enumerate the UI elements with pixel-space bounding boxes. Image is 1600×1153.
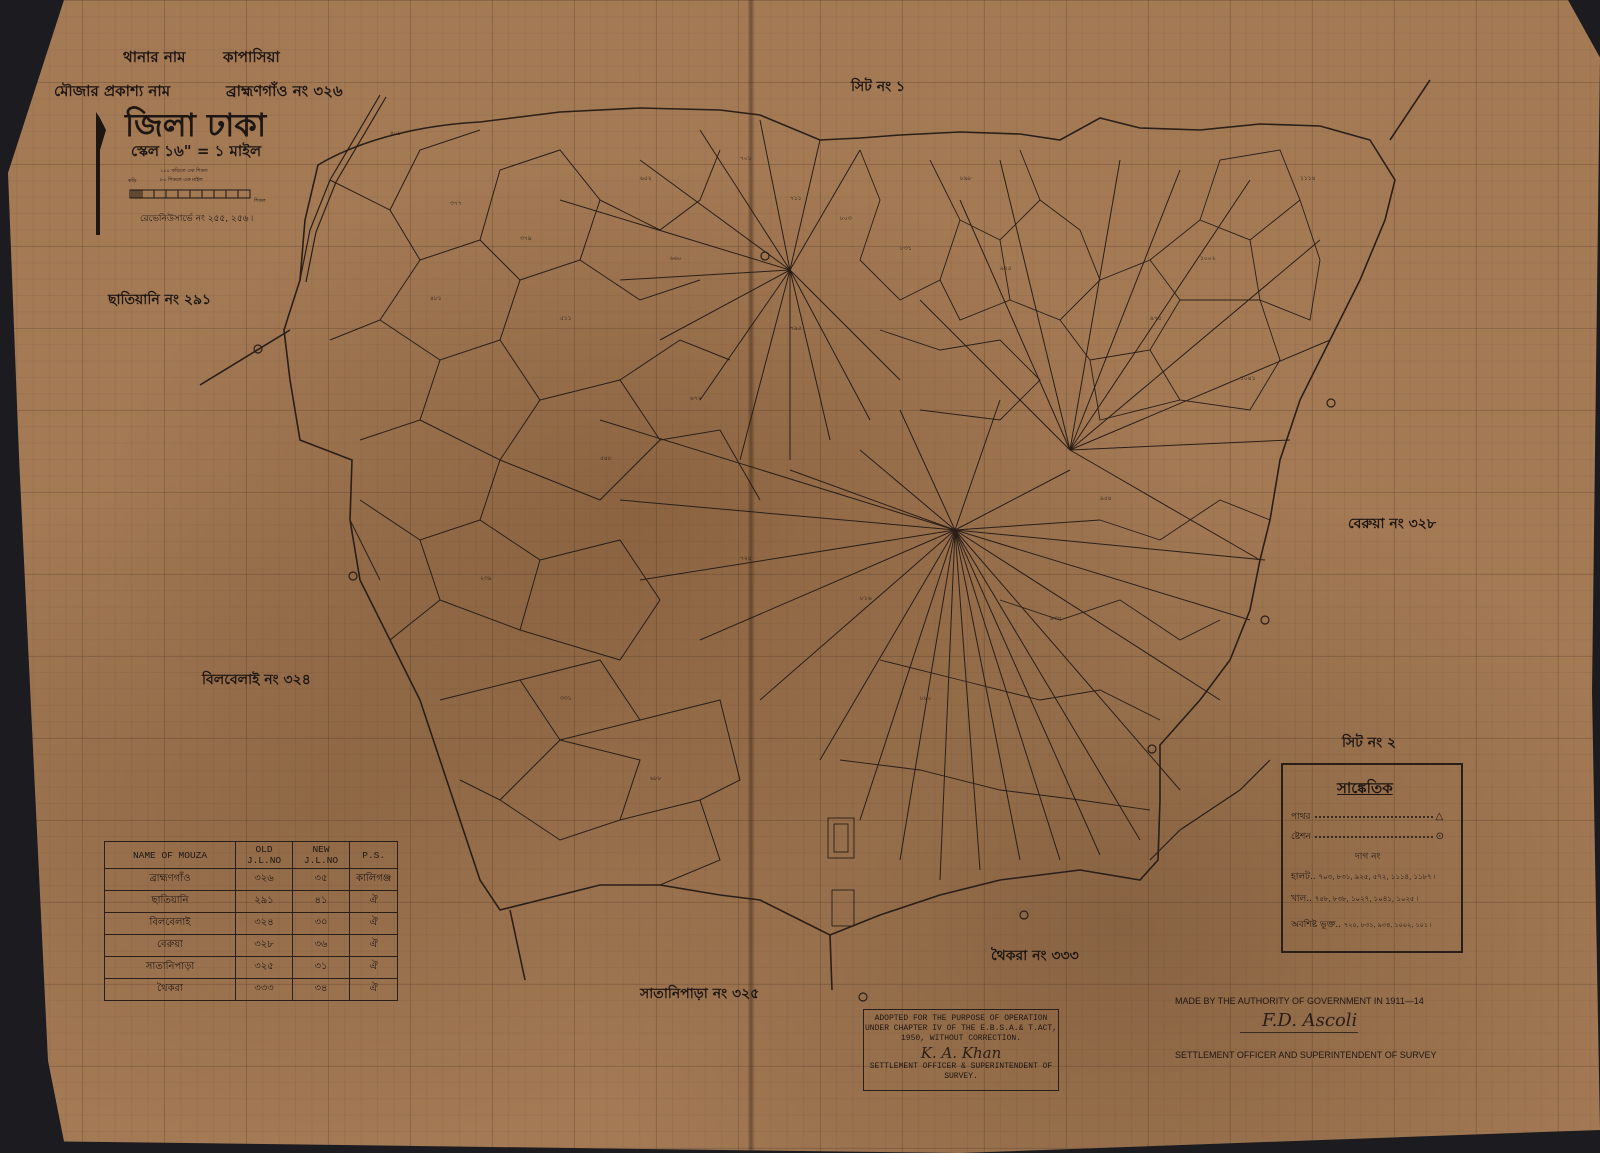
sheet-label-1: সিট নং ১	[851, 75, 905, 99]
stamp-line-2: UNDER CHAPTER IV OF THE E.B.S.A.& T.ACT,	[864, 1024, 1058, 1034]
scale-bar-left-label: কড়ি	[128, 178, 137, 186]
scale-bar-note-2: ৮০ শিকলে এক মাইল	[160, 177, 203, 185]
svg-text:৬৫২: ৬৫২	[640, 175, 652, 182]
cell-new-jl: ৩৫	[293, 869, 350, 891]
svg-text:১১১৪: ১১১৪	[1300, 175, 1316, 182]
neighbour-west: বিলবেলাই নং ৩২৪	[202, 668, 311, 692]
legend-row-label: অবশিষ্ট ভূক্ত	[1291, 920, 1335, 930]
cell-name: থৈকরা	[105, 979, 236, 1001]
stamp-line-1: ADOPTED FOR THE PURPOSE OF OPERATION	[864, 1014, 1058, 1024]
svg-text:৭০১: ৭০১	[740, 155, 752, 162]
table-row: ব্রাহ্মণগাঁও ৩২৬ ৩৫ কালিগঞ্জ	[105, 869, 398, 891]
authority-signature: F.D. Ascoli	[1262, 1010, 1357, 1031]
north-arrow-icon	[96, 112, 106, 235]
cell-name: বেরুয়া	[105, 935, 236, 957]
header-ps: P.S.	[350, 842, 398, 869]
cell-name: ব্রাহ্মণগাঁও	[105, 869, 236, 891]
cell-ps: ঐ	[350, 979, 398, 1001]
svg-text:৬৭২: ৬৭২	[690, 395, 702, 402]
map-sheet: ৪০৮৩৭৭৩৭৯ ৪৮১৫১১৫৪৮ ২৩৯৩৩১৬৫২ ৬৬০৬৭২৬৮৮ …	[0, 0, 1600, 1153]
svg-text:৮৯৮: ৮৯৮	[960, 175, 972, 182]
neighbour-south-east: থৈকরা নং ৩৩৩	[991, 944, 1079, 968]
cell-new-jl: ৩৪	[293, 979, 350, 1001]
legend-item-station: ষ্টেশন ⊙	[1291, 829, 1444, 844]
svg-text:৭২৫: ৭২৫	[740, 555, 752, 562]
svg-text:৭১১: ৭১১	[790, 195, 802, 202]
scale-bar	[130, 190, 250, 198]
svg-text:৪৮১: ৪৮১	[430, 295, 442, 302]
station-icon: ⊙	[1436, 831, 1444, 842]
svg-text:৯৫৪: ৯৫৪	[1100, 495, 1112, 502]
table-row: বিলবেলাই ৩২৪ ৩০ ঐ	[105, 913, 398, 935]
table-header-row: NAME OF MOUZA OLD J.L.NO NEW J.L.NO P.S.	[105, 842, 398, 869]
cell-new-jl: ৩৬	[293, 935, 350, 957]
header-name: NAME OF MOUZA	[105, 842, 236, 869]
mouza-boundary	[284, 108, 1395, 935]
cell-old-jl: ৩২৬	[236, 869, 293, 891]
legend-title: সাঙ্কেতিক	[1337, 777, 1393, 802]
stamp-line-3: 1950, WITHOUT CORRECTION.	[864, 1034, 1058, 1044]
legend-stone-label: পাথর	[1291, 812, 1311, 822]
legend-row-remaining: অবশিষ্ট ভূক্ত.. ৭২০, ৮৩১, ৯৩৪, ১০০২, ১০১…	[1291, 917, 1431, 932]
cell-ps: ঐ	[350, 913, 398, 935]
sheet-label-2: সিট নং ২	[1342, 731, 1396, 755]
cell-new-jl: ৩০	[293, 913, 350, 935]
legend-row-value: ৭০৩, ৮৩১, ৯২৫, ৫৭২, ১১১৪, ১১৮৭ ৷	[1319, 873, 1436, 881]
table-row: ছাতিয়ানি ২৯১ ৪১ ঐ	[105, 891, 398, 913]
legend-station-label: ষ্টেশন	[1291, 832, 1311, 842]
triangle-icon: △	[1435, 811, 1443, 822]
svg-text:৭৯৫: ৭৯৫	[790, 325, 802, 332]
cell-name: বিলবেলাই	[105, 913, 236, 935]
legend-row-halot: হালট.. ৭০৩, ৮৩১, ৯২৫, ৫৭২, ১১১৪, ১১৮৭ ৷	[1291, 869, 1435, 884]
scale-bar-note-1: ১০০ কড়িতে এক শিকল	[160, 168, 208, 176]
revenue-survey-note: রেভেনিউসার্ভে নং ২৫৫, ২৫৬ ৷	[140, 211, 253, 226]
table-row: বেরুয়া ৩২৮ ৩৬ ঐ	[105, 935, 398, 957]
svg-text:৩৭৯: ৩৭৯	[520, 235, 532, 242]
svg-text:৯৩৪: ৯৩৪	[1050, 615, 1062, 622]
authority-made-by: MADE BY THE AUTHORITY OF GOVERNMENT IN 1…	[1175, 996, 1424, 1006]
cell-new-jl: ৩১	[293, 957, 350, 979]
cell-old-jl: ৩২৮	[236, 935, 293, 957]
svg-text:৩৭৭: ৩৭৭	[450, 200, 462, 207]
svg-text:৬৬০: ৬৬০	[670, 255, 682, 262]
cell-name: ছাতিয়ানি	[105, 891, 236, 913]
legend-row-value: ৭৫৮, ৮৩৮, ১০২৭, ১০৪১, ১০২৫ ৷	[1315, 895, 1418, 903]
legend-row-label: হালট	[1291, 872, 1310, 882]
svg-text:৮৩১: ৮৩১	[900, 245, 912, 252]
legend-box: সাঙ্কেতিক পাথর △ ষ্টেশন ⊙ দাগ নং হালট.. …	[1281, 763, 1463, 953]
svg-text:৪০৮: ৪০৮	[390, 130, 402, 137]
cell-old-jl: ৩৩৩	[236, 979, 293, 1001]
legend-row-khal: খাল.. ৭৫৮, ৮৩৮, ১০২৭, ১০৪১, ১০২৫ ৷	[1291, 891, 1418, 906]
cell-old-jl: ৩২৫	[236, 957, 293, 979]
mouza-table: NAME OF MOUZA OLD J.L.NO NEW J.L.NO P.S.…	[104, 841, 398, 1001]
cell-old-jl: ৩২৪	[236, 913, 293, 935]
legend-item-stone: পাথর △	[1291, 809, 1443, 824]
scale-label: স্কেল ১৬" = ১ মাইল	[131, 140, 261, 165]
adoption-stamp: ADOPTED FOR THE PURPOSE OF OPERATION UND…	[863, 1009, 1059, 1091]
legend-row-value: ৭২০, ৮৩১, ৯৩৪, ১০০২, ১০১ ৷	[1344, 921, 1431, 929]
neighbour-north-west: ছাতিয়ানি নং ২৯১	[108, 288, 211, 312]
cell-old-jl: ২৯১	[236, 891, 293, 913]
header-new-jl: NEW J.L.NO	[293, 842, 350, 869]
table-row: থৈকরা ৩৩৩ ৩৪ ঐ	[105, 979, 398, 1001]
svg-text:৬৮৮: ৬৮৮	[650, 775, 662, 782]
table-row: সাতানিপাড়া ৩২৫ ৩১ ঐ	[105, 957, 398, 979]
cell-ps: ঐ	[350, 935, 398, 957]
header-old-jl: OLD J.L.NO	[236, 842, 293, 869]
svg-text:৫৪৮: ৫৪৮	[600, 455, 612, 462]
neighbour-south: সাতানিপাড়া নং ৩২৫	[640, 982, 759, 1006]
svg-text:৫১১: ৫১১	[560, 315, 572, 322]
svg-text:৩৩১: ৩৩১	[560, 695, 572, 702]
neighbour-east: বেরুয়া নং ৩২৮	[1348, 512, 1436, 536]
cell-ps: কালিগঞ্জ	[350, 869, 398, 891]
svg-text:৮১৬: ৮১৬	[860, 595, 872, 602]
cell-ps: ঐ	[350, 891, 398, 913]
signature-underline	[1240, 1032, 1358, 1033]
legend-dag-heading: দাগ নং	[1355, 849, 1380, 864]
svg-text:৯২৫: ৯২৫	[1000, 265, 1012, 272]
scale-bar-right-label: শিকল	[254, 198, 266, 206]
svg-text:১০৪১: ১০৪১	[1240, 375, 1256, 382]
legend-row-label: খাল	[1291, 894, 1306, 904]
thana-label: থানার নাম	[123, 46, 185, 71]
thana-value: কাপাসিয়া	[223, 46, 280, 71]
stamp-line-4: SETTLEMENT OFFICER & SUPERINTENDENT OF	[864, 1062, 1058, 1072]
stamp-line-5: SURVEY.	[864, 1072, 1058, 1082]
svg-text:৮৮০: ৮৮০	[920, 695, 932, 702]
cell-new-jl: ৪১	[293, 891, 350, 913]
svg-text:২৩৯: ২৩৯	[480, 575, 492, 582]
authority-title: SETTLEMENT OFFICER AND SUPERINTENDENT OF…	[1175, 1050, 1437, 1060]
stamp-signature: K. A. Khan	[864, 1044, 1058, 1062]
svg-text:৮০৩: ৮০৩	[840, 215, 852, 222]
svg-text:১০০২: ১০০২	[1200, 255, 1216, 262]
cell-name: সাতানিপাড়া	[105, 957, 236, 979]
svg-text:৯৭৫: ৯৭৫	[1150, 315, 1162, 322]
cell-ps: ঐ	[350, 957, 398, 979]
